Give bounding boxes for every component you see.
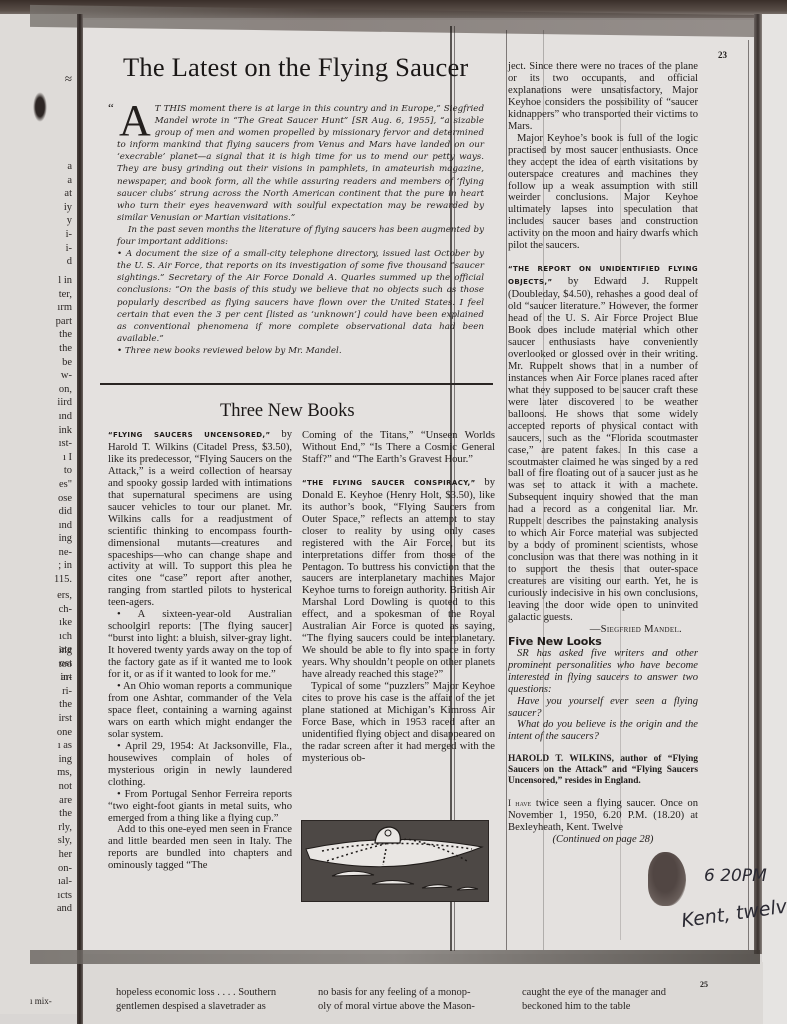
margin-fragment: ırm [28,301,72,315]
bottom-column-2: no basis for any feeling of a monop- oly… [318,986,475,1014]
margin-fragment: ose [28,492,72,506]
margin-fragment: ıst- [28,437,72,451]
margin-fragment: one [28,726,72,740]
page-fold-left [77,14,83,1024]
margin-fragment: too [28,658,72,672]
margin-fragment: to [28,464,72,478]
article-title: The Latest on the Flying Saucer [123,52,468,83]
margin-fragment: ınd [28,519,72,533]
book-title: “FLYING SAUCERS UNCENSORED,” [108,431,270,439]
margin-fragment: ch- [28,603,72,617]
article-intro: AT THIS moment there is at large in this… [117,103,484,357]
author-signature: —Siegfried Mandel. [508,624,698,636]
bottom-margin-fragment: ı mix- [30,994,52,1008]
bottom-column-1: hopeless economic loss . . . . Southern … [116,986,276,1014]
margin-fragment: the [28,328,72,342]
handwritten-note-time: 6 20PM [704,866,767,886]
keyhoe-continued: ject. Since there were no traces of the … [508,61,698,133]
margin-fragment: 115. [28,573,72,587]
next-page-number: 25 [700,980,708,989]
review-column-1: “FLYING SAUCERS UNCENSORED,” by Harold T… [108,429,292,872]
margin-fragment: w- [28,369,72,383]
section-divider [100,383,493,385]
closing-paragraph: Add to this one-eyed men seen in France … [108,824,292,872]
page-number: 23 [718,50,727,60]
intro-bullet-2: • Three new books reviewed below by Mr. … [117,345,484,357]
margin-fragment: ıch [28,630,72,644]
bullet-ohio: • An Ohio woman reports a communique fro… [108,681,292,741]
margin-fragment: ınd [28,410,72,424]
margin-fragment: a [28,160,72,174]
drop-cap: A [119,104,151,138]
margin-fragment: on, [28,383,72,397]
page-fold-right [754,14,762,954]
margin-fragment: her [28,848,72,862]
puzzlers-paragraph: Typical of some “puzzlers” Major Keyhoe … [302,681,495,765]
margin-fragment: ; in [28,559,72,573]
bullet-portugal: • From Portugal Senhor Ferreira reports … [108,789,292,825]
margin-fragment: i- [28,228,72,242]
flying-saucer-illustration [301,820,489,902]
bullet-jacksonville: • April 29, 1954: At Jacksonville, Fla.,… [108,741,292,789]
margin-text-block-4: ingtooin-ri-theirstoneı asingms,notareth… [28,644,72,916]
wilkins-bio: HAROLD T. WILKINS, author of “Flying Sau… [508,754,698,787]
margin-fragment: ıcts [28,889,72,903]
intro-bullet-1: • A document the size of a small-city te… [117,248,484,345]
margin-fragment: i- [28,242,72,256]
margin-mark: ≈ [28,72,72,86]
margin-fragment: and [28,902,72,916]
saucer-drawing-icon [302,821,488,901]
margin-fragment: the [28,698,72,712]
margin-fragment: ter, [28,288,72,302]
margin-fragment: ı I [28,451,72,465]
five-new-looks-heading: Five New Looks [508,636,698,648]
margin-fragment: ne- [28,546,72,560]
margin-fragment: be [28,356,72,370]
margin-fragment: ıal- [28,875,72,889]
book-title: “THE FLYING SAUCER CONSPIRACY,” [302,479,476,487]
review-column-3: ject. Since there were no traces of the … [508,61,698,846]
review-column-2: Coming of the Titans,” “Unseen Worlds Wi… [302,430,495,765]
margin-fragment: ink [28,424,72,438]
margin-fragment: ing [28,753,72,767]
keyhoe-critique: Major Keyhoe’s book is full of the logic… [508,133,698,253]
scan-artifact-line [506,30,507,950]
bullet-australian: • A sixteen-year-old Australian schoolgi… [108,609,292,681]
margin-fragment: at [28,187,72,201]
margin-fragment: y [28,214,72,228]
margin-fragment: iird [28,396,72,410]
review-keyhoe: “THE FLYING SAUCER CONSPIRACY,” by Donal… [302,477,495,681]
intro-paragraph-2: In the past seven months the literature … [117,224,484,248]
question-1: Have you yourself ever seen a flying sau… [508,696,698,720]
ink-smudge [33,92,47,122]
bottom-column-3: caught the eye of the manager and beckon… [522,986,666,1014]
margin-fragment: ıke [28,616,72,630]
margin-fragment: rly, [28,821,72,835]
margin-fragment: the [28,807,72,821]
margin-fragment: the [28,342,72,356]
margin-fragment: not [28,780,72,794]
five-looks-intro: SR has asked five writers and other prom… [508,648,698,696]
wilkins-answer: I have twice seen a flying saucer. Once … [508,798,698,834]
margin-fragment: in- [28,671,72,685]
margin-fragment: ms, [28,766,72,780]
margin-fragment: ri- [28,685,72,699]
scan-artifact-line [748,40,749,950]
margin-fragment: irst [28,712,72,726]
continued-on-page: (Continued on page 28) [508,834,698,846]
margin-fragment: iy [28,201,72,215]
review-ruppelt: “THE REPORT ON UNIDENTIFIED FLYING OBJEC… [508,263,698,624]
review-wilkins: “FLYING SAUCERS UNCENSORED,” by Harold T… [108,429,292,609]
margin-fragment: did [28,505,72,519]
margin-fragment: a [28,174,72,188]
margin-fragment: ers, [28,589,72,603]
margin-fragment: ing [28,532,72,546]
margin-fragment: are [28,794,72,808]
margin-fragment: es" [28,478,72,492]
margin-fragment: ı as [28,739,72,753]
open-quote-mark: “ [108,100,114,116]
margin-fragment: l in [28,274,72,288]
ink-stain [648,852,686,906]
margin-text-block-2: l inter,ırmpartthethebew-on,iirdındinkıs… [28,274,72,587]
margin-text-block-1: aaatiyyi-i-d [28,160,72,269]
margin-fragment: d [28,255,72,269]
question-2: What do you believe is the origin and th… [508,719,698,743]
margin-fragment: part [28,315,72,329]
margin-fragment: on- [28,862,72,876]
page-edge-shadow-bottom [30,950,760,964]
margin-fragment: ing [28,644,72,658]
intro-paragraph-1: AT THIS moment there is at large in this… [117,103,484,224]
continued-chapter-list: Coming of the Titans,” “Unseen Worlds Wi… [302,430,495,466]
margin-fragment: sly, [28,834,72,848]
section-heading: Three New Books [220,401,355,422]
